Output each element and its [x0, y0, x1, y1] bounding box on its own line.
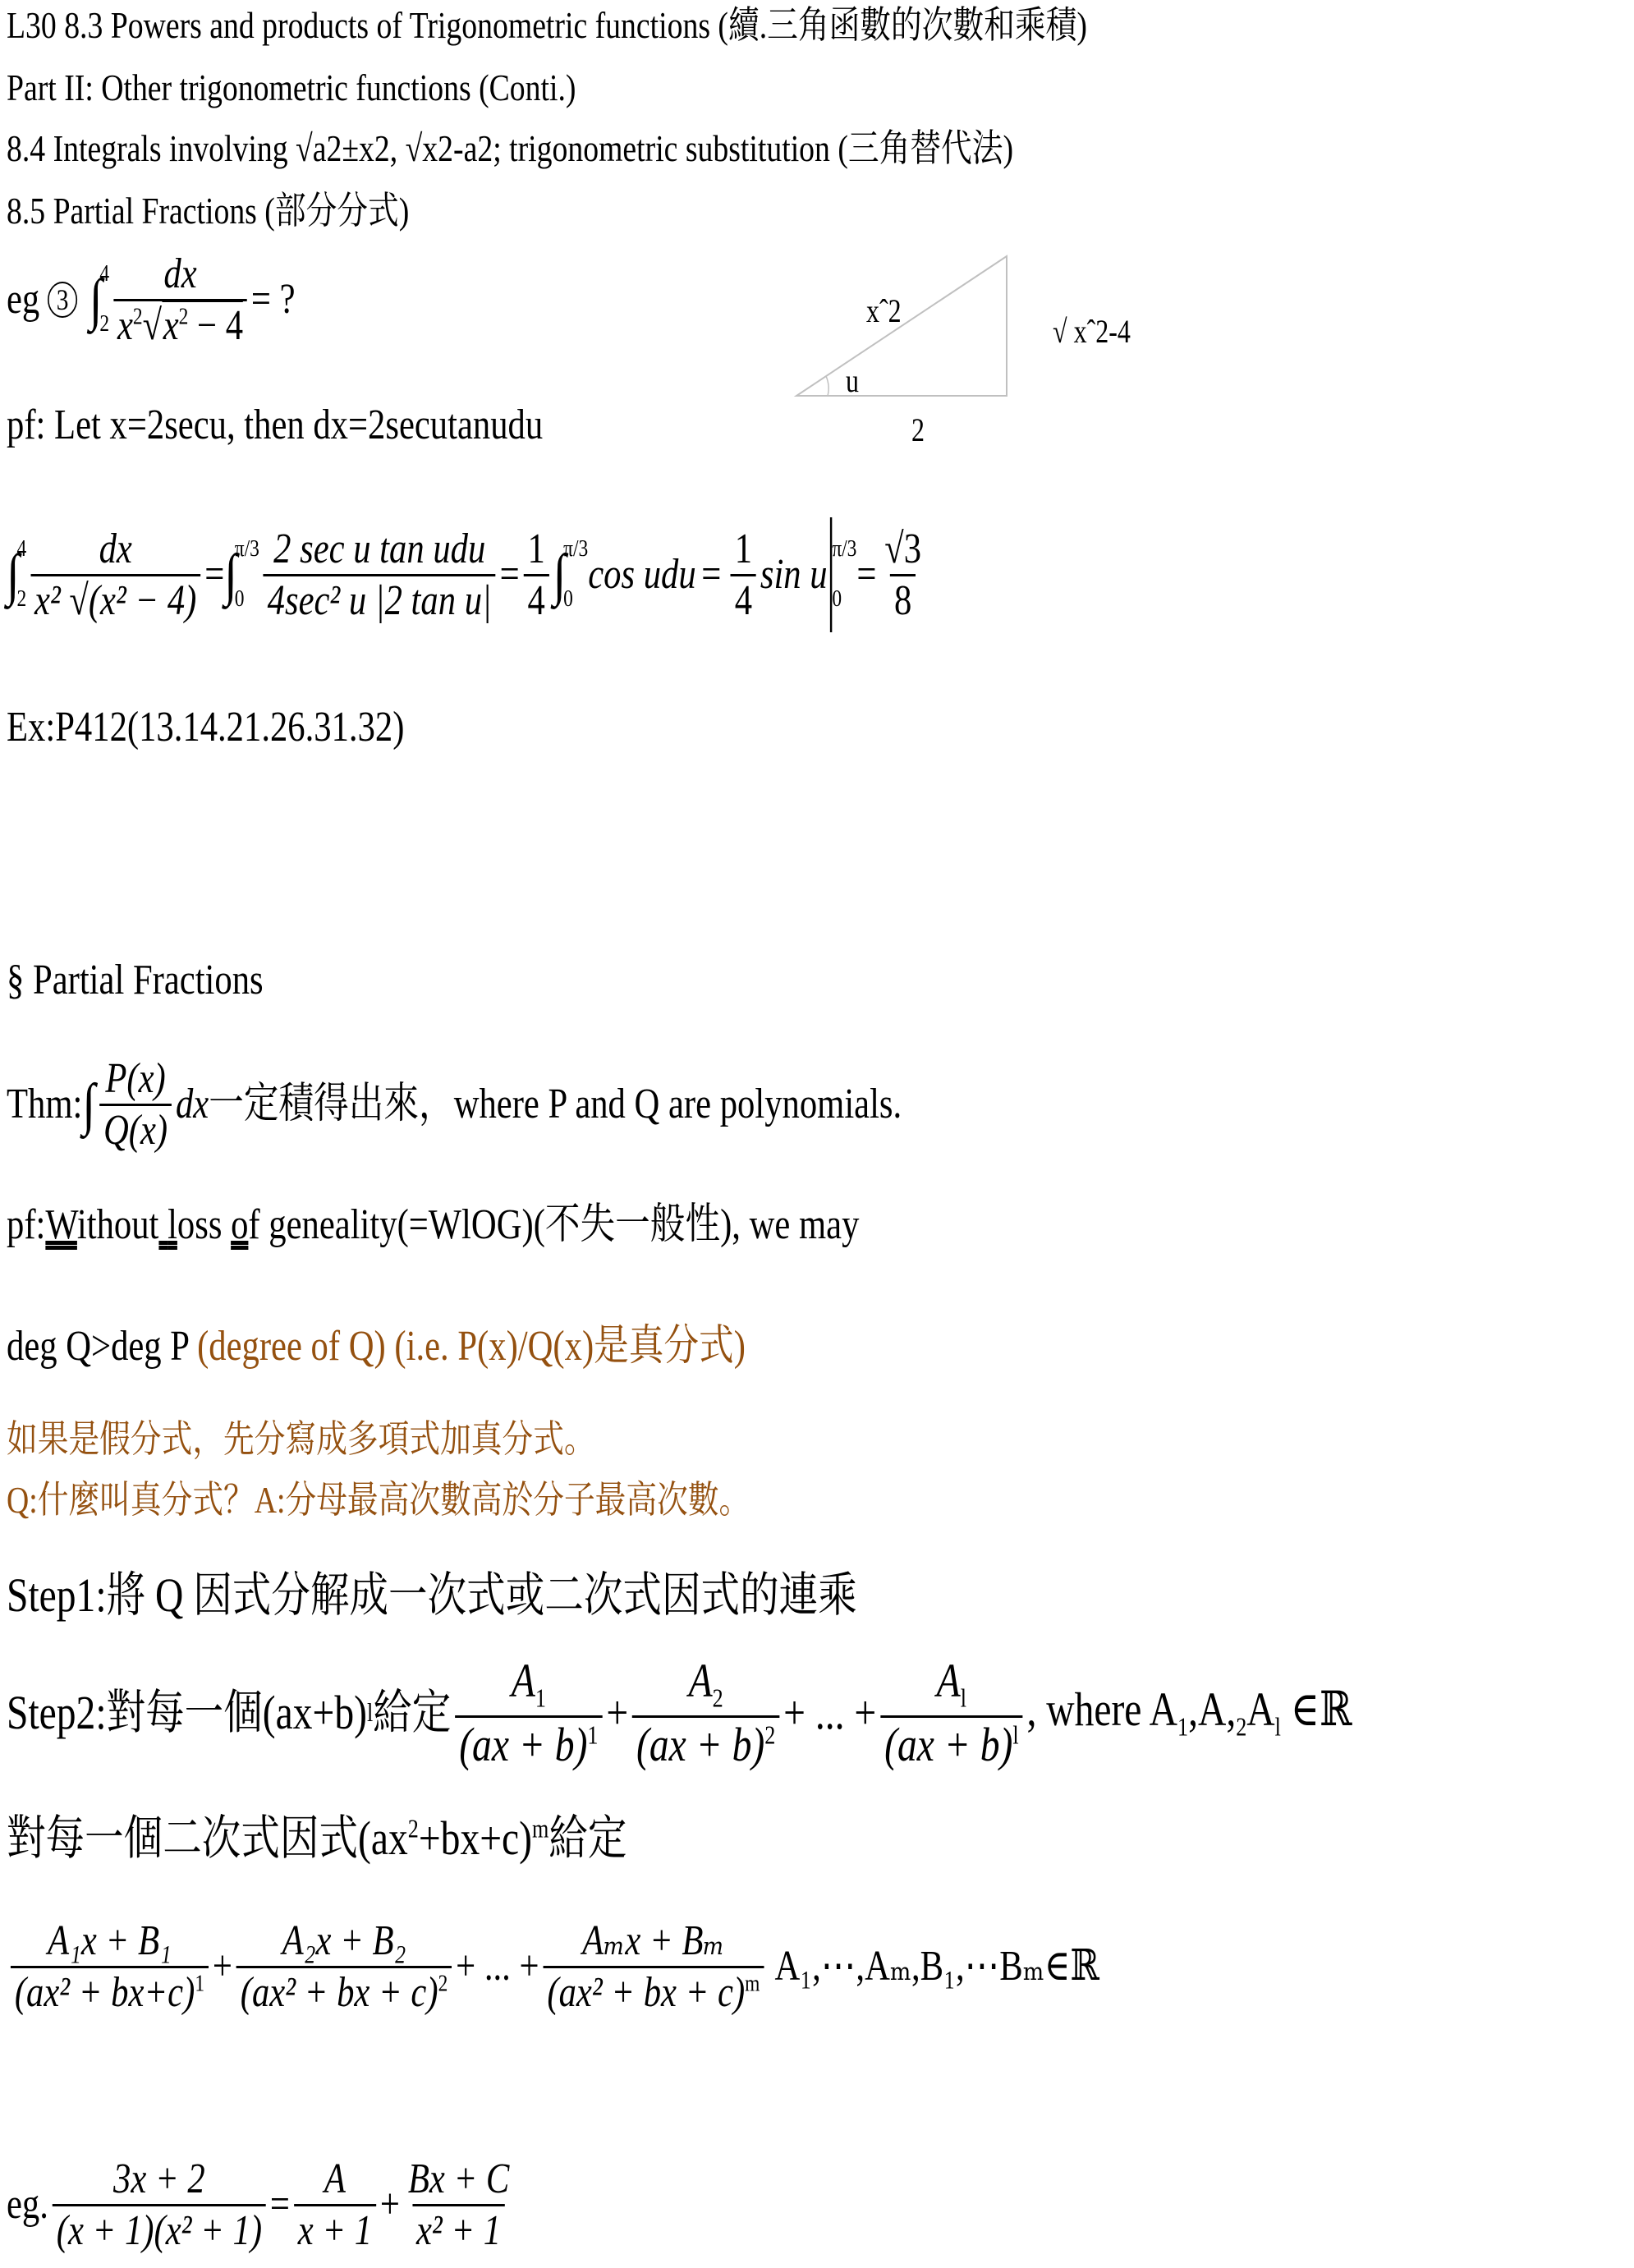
fraction-quarter: 1 4 [731, 528, 756, 622]
denominator: x² √(x² − 4) [30, 574, 200, 622]
denominator: 4 [731, 574, 756, 622]
circled-number: 3 [48, 282, 77, 318]
adjacent-label: 2 [911, 411, 925, 449]
numerator: A1 [507, 1657, 550, 1715]
rhs-fraction-2: Bx + C x² + 1 [404, 2158, 513, 2252]
coefficient-condition: , where A1,A,2Al ∈ℝ [1026, 1686, 1352, 1741]
section-symbol-icon: § [7, 957, 24, 1003]
numerator: Aₘx + Bₘ [578, 1920, 728, 1966]
lower-limit: 0 [832, 588, 856, 612]
degree-condition: deg Q>deg P (degree of Q) (i.e. P(x)/Q(x… [7, 1325, 746, 1368]
plus: + [606, 1689, 628, 1737]
angle-label: u [846, 361, 859, 400]
numerator: P(x) [101, 1058, 169, 1104]
equals: = [701, 553, 721, 596]
evaluation-limits: π/3 0 [832, 538, 856, 612]
numerator: dx [159, 253, 200, 299]
numerator: 1 [731, 528, 756, 574]
denominator: (ax + b)2 [632, 1715, 779, 1769]
quadratic-term-1: A₁x + B₁ (ax² + bx+c)1 [11, 1920, 209, 2014]
underlined-space [158, 1201, 168, 1248]
plus: + [380, 2183, 400, 2226]
right-triangle-diagram [788, 246, 1051, 411]
upper-limit: π/3 [563, 538, 588, 562]
word-part: oss [177, 1201, 231, 1248]
numerator: 1 [524, 528, 549, 574]
numerator: A2 [685, 1657, 727, 1715]
equals-question: = ? [251, 278, 296, 321]
section-8-4-expr-b: x2-a2; trigonometric substitution (三角替代法… [422, 127, 1013, 169]
underlined-letter: o [231, 1201, 248, 1248]
equals: = [204, 553, 224, 596]
integrand-fraction: dx x2√x2 − 4 [113, 253, 247, 347]
note-improper-fraction: 如果是假分式，先分寫成多項式加真分式。 [7, 1421, 595, 1458]
integral-sign-icon: ∫ [82, 1076, 95, 1133]
sqrt-icon: √ [406, 127, 423, 169]
integrand: cos udu [588, 553, 695, 596]
hypotenuse-label: xˆ2 [866, 292, 902, 330]
lecture-title: L30 8.3 Powers and products of Trigonome… [7, 7, 1087, 44]
equals: = [500, 553, 520, 596]
degree-statement: deg Q>deg P [7, 1323, 197, 1370]
quadratic-terms: A₁x + B₁ (ax² + bx+c)1 + A₂x + B₂ (ax² +… [7, 1913, 1099, 2020]
rhs-fraction-1: A x + 1 [294, 2158, 376, 2252]
denominator: x2√x2 − 4 [113, 299, 247, 347]
theorem: Thm: ∫ P(x) Q(x) dx 一定積得出來，where P and Q… [7, 1051, 902, 1158]
sqrt-rest: − 4 [188, 302, 243, 349]
integral-limits: π/3 0 [563, 538, 588, 612]
lower-limit: 2 [99, 313, 109, 337]
theorem-label: Thm: [7, 1083, 82, 1126]
underlined-letter: g [269, 1201, 286, 1248]
rational-function: P(x) Q(x) [99, 1058, 172, 1152]
den-x: x [117, 302, 133, 349]
sqrt-body: x2 − 4 [162, 300, 243, 349]
section-8-5-title: 8.5 Partial Fractions (部分分式) [7, 192, 409, 230]
quadratic-term-m: Aₘx + Bₘ (ax² + bx + c)m [543, 1920, 764, 2014]
exercise-reference: Ex:P412(13.14.21.26.31.32) [7, 706, 404, 749]
word-part: ithout [77, 1201, 159, 1248]
numerator: A₁x + B₁ [44, 1920, 176, 1966]
theorem-statement: 一定積得出來，where P and Q are polynomials. [209, 1083, 902, 1126]
sqrt-exp: 2 [179, 304, 189, 329]
lower-limit: 2 [16, 588, 26, 612]
denominator: (ax + b)1 [455, 1715, 602, 1769]
numerator: Bx + C [404, 2158, 513, 2204]
linear-term-2: A2 (ax + b)2 [632, 1657, 779, 1769]
ellipsis: + ... + [783, 1689, 876, 1737]
numerator: dx [95, 528, 136, 574]
denominator: x + 1 [294, 2204, 376, 2252]
numerator: A [320, 2158, 350, 2204]
denominator: (x + 1)(x² + 1) [53, 2204, 266, 2252]
coefficient-condition: A₁,⋯,Aₘ,B₁,⋯Bₘ∈ℝ [774, 1945, 1099, 1988]
proof-wlog: pf:Without loss of geneality(=WlOG)(不失一般… [7, 1204, 859, 1246]
note-proper-fraction-qa: Q:什麼叫真分式？A:分母最高次數高於分子最高次數。 [7, 1481, 750, 1519]
fraction-1: dx x² √(x² − 4) [30, 528, 200, 622]
example-label: eg [7, 278, 39, 321]
proof-prefix: pf: [7, 1201, 45, 1248]
numerator: √3 [880, 528, 925, 574]
integral-limits: 4 2 [99, 263, 109, 337]
section-8-4-expr-a: a2±x2, [313, 127, 406, 169]
section-heading: § Partial Fractions [7, 959, 264, 1002]
denominator: 4 [524, 574, 549, 622]
upper-limit: 4 [99, 263, 109, 287]
lower-limit: 0 [235, 588, 259, 612]
step-2: Step2:對每一個(ax+b)l給定 A1 (ax + b)1 + A2 (a… [7, 1664, 1352, 1762]
part-title: Part II: Other trigonometric functions (… [7, 69, 576, 107]
numerator: 2 sec u tan udu [269, 528, 489, 574]
denominator: (ax + b)l [880, 1715, 1022, 1769]
quadratic-factor-statement: 對每一個二次式因式(ax2+bx+c)m給定 [7, 1815, 627, 1862]
sqrt-icon: √ [143, 302, 162, 349]
result-fraction: √3 8 [880, 528, 925, 622]
triangle-shape [796, 256, 1007, 396]
lhs-fraction: 3x + 2 (x + 1)(x² + 1) [53, 2158, 266, 2252]
underlined-letter: W [45, 1201, 77, 1248]
step-2-label: Step2:對每一個(ax+b) [7, 1689, 367, 1737]
denominator: x² + 1 [412, 2204, 505, 2252]
denominator: 4sec² u |2 tan u| [264, 574, 496, 622]
differential: dx [176, 1083, 209, 1126]
plus: + [213, 1945, 232, 1988]
denominator: Q(x) [99, 1104, 172, 1152]
step-2-label-end: 給定 [373, 1689, 451, 1737]
quadratic-term-2: A₂x + B₂ (ax² + bx + c)2 [236, 1920, 452, 2014]
word-part: f [248, 1201, 269, 1248]
denominator: (ax² + bx + c)2 [236, 1966, 452, 2014]
sqrt-x: x [163, 302, 179, 349]
step-1: Step1:將 Q 因式分解成一次式或二次式因式的連乘 [7, 1572, 857, 1619]
sqrt-icon: √ [296, 127, 313, 169]
equals: = [270, 2183, 290, 2226]
section-8-4-prefix: 8.4 Integrals involving [7, 127, 296, 169]
numerator: 3x + 2 [109, 2158, 209, 2204]
numerator: Al [933, 1657, 971, 1715]
linear-term-1: A1 (ax + b)1 [455, 1657, 602, 1769]
exponent: l [367, 1700, 373, 1726]
denominator: (ax² + bx + c)m [543, 1966, 764, 2014]
integral-limits: 4 2 [16, 538, 26, 612]
solution-chain: ∫ 4 2 dx x² √(x² − 4) = ∫ π/3 0 2 sec u … [7, 509, 929, 640]
ellipsis: + ... + [456, 1945, 539, 1988]
section-8-4-title: 8.4 Integrals involving √a2±x2, √x2-a2; … [7, 130, 1013, 168]
underlined-letter: l [168, 1201, 177, 1248]
fraction-2: 2 sec u tan udu 4sec² u |2 tan u| [264, 528, 496, 622]
integral-limits: π/3 0 [235, 538, 259, 612]
section-title: Partial Fractions [33, 957, 264, 1003]
example-3: eg 3 ∫ 4 2 dx x2√x2 − 4 = ? [7, 246, 296, 353]
angle-arc-icon [826, 376, 828, 396]
denominator: (ax² + bx+c)1 [11, 1966, 209, 2014]
degree-note: (degree of Q) (i.e. P(x)/Q(x)是真分式) [197, 1323, 746, 1370]
example-label: eg. [7, 2183, 48, 2226]
denominator: 8 [890, 574, 916, 622]
fraction-quarter: 1 4 [524, 528, 549, 622]
proof-substitution: pf: Let x=2secu, then dx=2secutanudu [7, 404, 543, 447]
den-exp: 2 [133, 304, 143, 329]
linear-term-l: Al (ax + b)l [880, 1657, 1022, 1769]
word-part: eneality(=WlOG)(不失一般性), we may [287, 1201, 860, 1248]
example-partial-fraction: eg. 3x + 2 (x + 1)(x² + 1) = A x + 1 + B… [7, 2151, 517, 2258]
upper-limit: π/3 [832, 538, 856, 562]
lower-limit: 0 [563, 588, 588, 612]
upper-limit: 4 [16, 538, 26, 562]
opposite-label: √ xˆ2-4 [1053, 312, 1131, 351]
antiderivative: sin u [760, 553, 828, 596]
equals: = [856, 553, 876, 596]
numerator: A₂x + B₂ [278, 1920, 411, 1966]
upper-limit: π/3 [235, 538, 259, 562]
